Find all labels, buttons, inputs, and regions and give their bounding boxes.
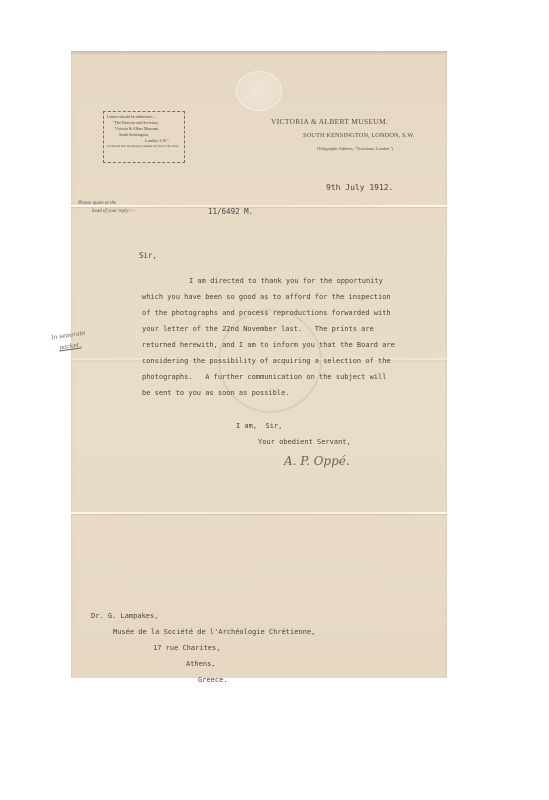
body-line: be sent to you as soon as possible. xyxy=(142,389,290,397)
embossed-crest-icon xyxy=(236,71,282,111)
letter-page: Letters should be addressed:— "The Direc… xyxy=(71,51,447,678)
body-line: photographs. A further communication on … xyxy=(142,373,386,381)
body-line: your letter of the 22nd November last. T… xyxy=(142,325,374,333)
letter-date: 9th July 1912. xyxy=(326,183,393,192)
body-line: of the photographs and process reproduct… xyxy=(142,309,391,317)
recipient-line: 17 rue Charites, xyxy=(153,644,220,652)
return-address-box: Letters should be addressed:— "The Direc… xyxy=(103,111,185,163)
fold-line xyxy=(71,512,447,514)
body-line: I am directed to thank you for the oppor… xyxy=(189,277,383,285)
recipient-line: Musée de la Société de l'Archéologie Chr… xyxy=(113,628,315,636)
reference-prompt-line1: Please quote at the xyxy=(78,201,116,206)
body-line: considering the possibility of acquiring… xyxy=(142,357,391,365)
body-line: which you have been so good as to afford… xyxy=(142,293,391,301)
recipient-line: Greece. xyxy=(198,676,228,684)
fold-line xyxy=(71,205,447,207)
institution-name: VICTORIA & ALBERT MUSEUM. xyxy=(271,117,388,126)
margin-note-line2: packet. xyxy=(59,341,82,351)
recipient-line: Athens, xyxy=(186,660,216,668)
return-address-note: and should bear the reference number and… xyxy=(107,144,181,148)
salutation: Sir, xyxy=(139,251,157,260)
signature: A. P. Oppé. xyxy=(284,454,350,468)
closing-line: I am, Sir, xyxy=(236,422,282,430)
body-line: returned herewith, and I am to inform yo… xyxy=(142,341,395,349)
reference-prompt-line2: head of your reply:— xyxy=(92,209,135,214)
margin-note-line1: In separate xyxy=(51,330,86,342)
reference-number: 11/6492 M. xyxy=(208,207,253,216)
telegraphic-address: (Telegraphic Address, "Victoriana, Londo… xyxy=(317,146,393,151)
recipient-line: Dr. G. Lampakes, xyxy=(91,612,158,620)
closing-line: Your obedient Servant, xyxy=(258,438,351,446)
institution-location: SOUTH KENSINGTON, LONDON, S.W. xyxy=(303,132,414,139)
